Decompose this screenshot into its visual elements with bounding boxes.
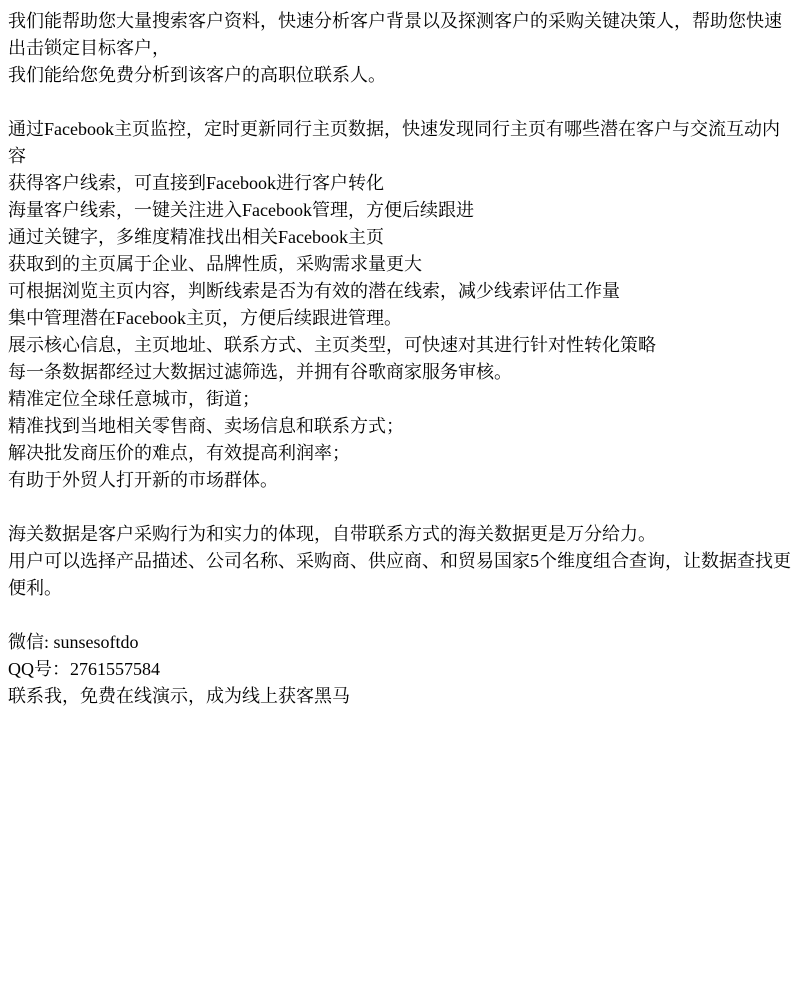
feature-paragraph: 每一条数据都经过大数据过滤筛选，并拥有谷歌商家服务审核。 (8, 359, 792, 386)
customs-paragraph: 海关数据是客户采购行为和实力的体现，自带联系方式的海关数据更是万分给力。 (8, 521, 792, 548)
blank-line (8, 602, 792, 629)
contact-cta-line: 联系我，免费在线演示，成为线上获客黑马 (8, 683, 792, 710)
feature-paragraph: 通过Facebook主页监控，定时更新同行主页数据，快速发现同行主页有哪些潜在客… (8, 116, 792, 170)
feature-paragraph: 可根据浏览主页内容，判断线索是否为有效的潜在线索，减少线索评估工作量 (8, 278, 792, 305)
feature-paragraph: 精准定位全球任意城市，街道； (8, 386, 792, 413)
feature-paragraph: 通过关键字，多维度精准找出相关Facebook主页 (8, 224, 792, 251)
feature-paragraph: 获得客户线索，可直接到Facebook进行客户转化 (8, 170, 792, 197)
feature-paragraph: 解决批发商压价的难点，有效提高利润率； (8, 440, 792, 467)
contact-section: 微信: sunsesoftdo QQ号：2761557584 联系我，免费在线演… (8, 629, 792, 710)
feature-paragraph: 集中管理潜在Facebook主页，方便后续跟进管理。 (8, 305, 792, 332)
facebook-features-section: 通过Facebook主页监控，定时更新同行主页数据，快速发现同行主页有哪些潜在客… (8, 116, 792, 494)
customs-data-section: 海关数据是客户采购行为和实力的体现，自带联系方式的海关数据更是万分给力。 用户可… (8, 521, 792, 602)
document-body: 我们能帮助您大量搜索客户资料，快速分析客户背景以及探测客户的采购关键决策人，帮助… (8, 8, 792, 710)
feature-paragraph: 有助于外贸人打开新的市场群体。 (8, 467, 792, 494)
intro-section: 我们能帮助您大量搜索客户资料，快速分析客户背景以及探测客户的采购关键决策人，帮助… (8, 8, 792, 89)
intro-paragraph: 我们能给您免费分析到该客户的高职位联系人。 (8, 62, 792, 89)
feature-paragraph: 获取到的主页属于企业、品牌性质，采购需求量更大 (8, 251, 792, 278)
feature-paragraph: 精准找到当地相关零售商、卖场信息和联系方式； (8, 413, 792, 440)
blank-line (8, 494, 792, 521)
qq-line: QQ号：2761557584 (8, 656, 792, 683)
feature-paragraph: 展示核心信息，主页地址、联系方式、主页类型，可快速对其进行针对性转化策略 (8, 332, 792, 359)
blank-line (8, 89, 792, 116)
feature-paragraph: 海量客户线索，一键关注进入Facebook管理，方便后续跟进 (8, 197, 792, 224)
wechat-line: 微信: sunsesoftdo (8, 629, 792, 656)
customs-paragraph: 用户可以选择产品描述、公司名称、采购商、供应商、和贸易国家5个维度组合查询，让数… (8, 548, 792, 602)
intro-paragraph: 我们能帮助您大量搜索客户资料，快速分析客户背景以及探测客户的采购关键决策人，帮助… (8, 8, 792, 62)
